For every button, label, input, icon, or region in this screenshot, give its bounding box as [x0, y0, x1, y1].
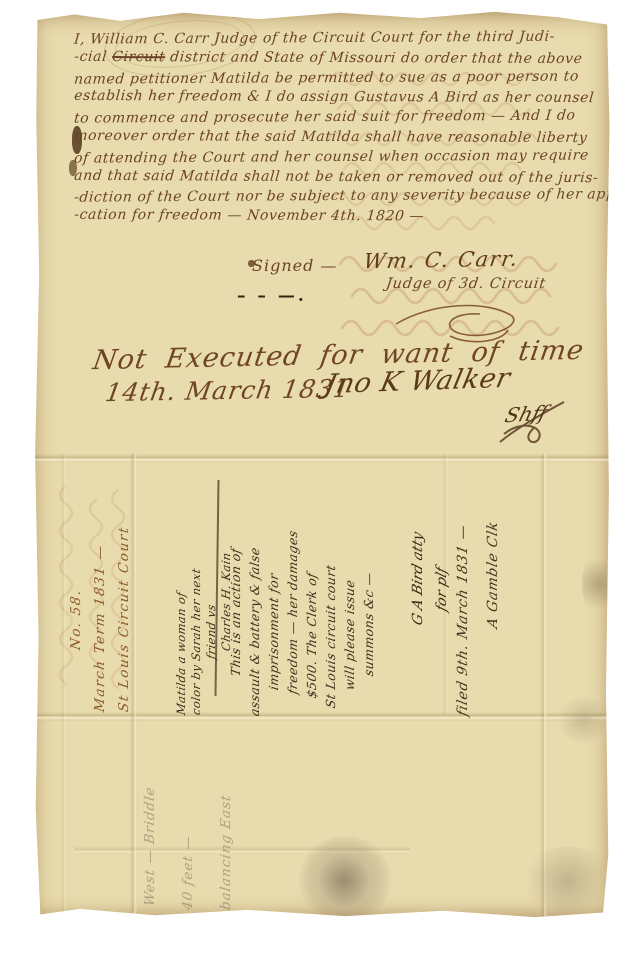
- action-line: St Louis circuit court: [321, 466, 340, 717]
- signed-label: Signed —: [252, 256, 337, 275]
- caption-line: Matilda a woman of: [174, 479, 189, 717]
- order-line: to commence and prosecute her said suit …: [73, 108, 605, 131]
- order-line: I, William C. Carr Judge of the Circuit …: [73, 28, 605, 51]
- order-line: -cialCircuitdistrict and State of Missou…: [73, 49, 605, 71]
- pencil-line: 40 feet —: [169, 722, 207, 912]
- action-line: summons &c —: [359, 466, 378, 717]
- docket-case-number: No. 58.: [64, 470, 88, 713]
- court-order-text: I, William C. Carr Judge of the Circuit …: [74, 30, 604, 228]
- paper-sheet: I, William C. Carr Judge of the Circuit …: [34, 10, 610, 918]
- action-line: assault & battery & false: [245, 466, 264, 717]
- judge-title: Judge of 3d. Circuit: [385, 276, 547, 292]
- clerk-signature: A Gamble Clk: [478, 463, 508, 719]
- action-line: $500. The Clerk of: [302, 466, 321, 717]
- sheriff-signature: Jno K Walker: [322, 363, 513, 400]
- fold-crease-vertical: [540, 454, 548, 916]
- docket-court: St Louis Circuit Court: [112, 470, 136, 713]
- docket-filing-block: filed 9th. March 1831 — A Gamble Clk: [448, 466, 516, 716]
- attorney-signature: G A Bird atty: [406, 479, 430, 641]
- caption-line: color by Sarah her next: [189, 479, 204, 717]
- docket-term: March Term 1831 —: [88, 470, 112, 713]
- endorsement-date: 14th. March 1831: [103, 374, 352, 407]
- order-line: of attending the Court and her counsel w…: [73, 147, 605, 170]
- smudge-stain: [520, 846, 616, 918]
- docket-action-block: This is an action of assault & battery &…: [226, 468, 380, 716]
- order-line-part: -cial: [74, 49, 108, 65]
- fold-crease: [34, 454, 610, 463]
- sheriff-title: Shff: [503, 401, 551, 428]
- order-line-part: district and State of Missouri do order …: [169, 49, 583, 67]
- dash-marks: – – —.: [237, 286, 307, 306]
- struck-word: Circuit: [111, 49, 165, 65]
- edge-stain: [582, 552, 614, 616]
- action-line: freedom — her damages: [283, 466, 302, 717]
- pencil-annotation-block: West — Briddle 40 feet — balancing East: [131, 725, 251, 910]
- pencil-line: balancing East: [207, 722, 245, 912]
- action-line: will please issue: [340, 466, 359, 717]
- filing-date: filed 9th. March 1831 —: [448, 463, 478, 719]
- wax-stain-core: [318, 854, 370, 908]
- pencil-line: West — Briddle: [131, 722, 169, 912]
- judge-signature: Wm. C. Carr.: [362, 247, 520, 274]
- docket-case-number-block: No. 58. March Term 1831 — St Louis Circu…: [64, 472, 140, 712]
- action-line: imprisonment for: [264, 466, 283, 717]
- action-line: This is an action of: [226, 466, 245, 717]
- order-line: moreover order that the said Matilda sha…: [73, 128, 605, 150]
- order-line: -cation for freedom — November 4th. 1820…: [73, 207, 605, 229]
- scanned-document-page: { "document_title": "Court order for Mat…: [0, 0, 640, 954]
